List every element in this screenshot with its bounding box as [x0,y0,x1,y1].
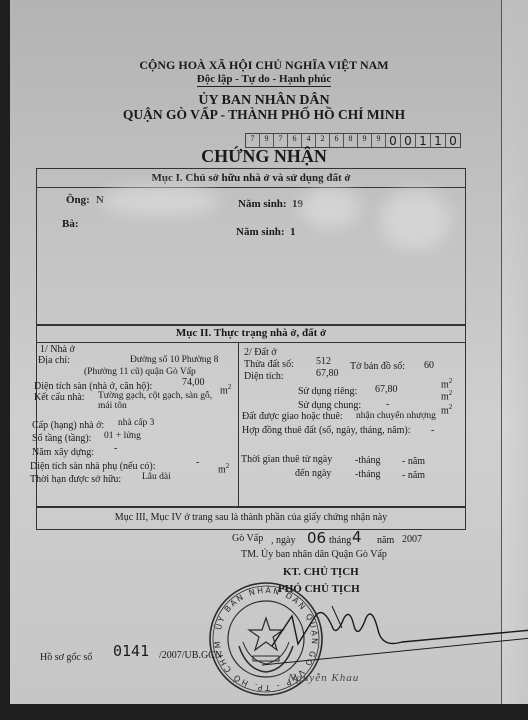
structure-line2: mái tôn [98,401,127,411]
parcel-label: Thửa đất số: [244,359,294,370]
floors-label: Số tầng (tầng): [32,433,91,444]
national-motto: Độc lập - Tự do - Hạnh phúc [0,73,528,85]
grade-label: Cấp (hạng) nhà ở: [32,420,104,431]
floor-area-value: 74,00 [182,377,205,388]
signer-name: Nguyễn Khau [288,672,359,684]
day-label: , ngày [271,535,295,546]
year-built-value: - [114,443,117,454]
ownership-term-value: Lâu dài [142,472,171,482]
lease-from-label: Thời gian thuê từ ngày [241,454,332,465]
owner-male-birth-label: Năm sinh: [238,198,287,210]
address-label: Địa chỉ: [38,355,70,366]
ownership-term-label: Thời hạn được sở hữu: [30,474,121,485]
redaction-blur [300,188,360,228]
parcel-value: 512 [316,356,331,367]
address-line2: (Phường 11 cũ) quận Gò Vấp [84,367,196,377]
section1-heading: Mục I. Chủ sở hữu nhà ở và sử dụng đất ở [36,172,466,184]
owner-female-birth-label: Năm sinh: [236,226,285,238]
redaction-blur [100,186,220,216]
aux-area-label: Diện tích sàn nhà phụ (nếu có): [30,461,156,472]
owner-female-label: Bà: [62,218,79,230]
file-ref-label: Hồ sơ gốc số [40,652,92,663]
map-sheet-value: 60 [424,360,434,371]
year-value: 2007 [402,534,422,545]
shared-use-value: - [386,399,389,410]
owner-female-birth-year: 1 [290,226,296,238]
file-ref-number: 0141 [113,642,149,660]
aux-area-value: - [196,457,199,468]
land-heading: 2/ Đất ở [244,347,277,358]
section3-note: Mục III, Mục IV ở trang sau là thành phầ… [36,512,466,523]
section2-heading: Mục II. Thực trạng nhà ở, đất ở [36,327,466,339]
map-sheet-label: Tờ bản đồ số: [350,361,405,372]
floor-area-unit: m2 [220,383,231,396]
structure-label: Kết cấu nhà: [34,392,85,403]
aux-area-unit: m2 [218,462,229,475]
role-chairman: KT. CHỦ TỊCH [283,566,359,578]
shared-use-label: Sử dụng chung: [298,400,361,411]
lease-from-year: - năm [402,456,425,467]
land-area-label: Diện tích: [244,371,284,382]
month-value: 4 [352,528,362,546]
lease-from-month: -tháng [355,455,381,466]
lease-to-label: đến ngày [295,468,331,479]
issue-place: Gò Vấp [232,533,263,544]
lease-contract-value: - [431,425,434,436]
certificate-title: CHỨNG NHẬN [0,146,528,167]
district-title: QUẬN GÒ VẤP - THÀNH PHỐ HỒ CHÍ MINH [0,107,528,123]
file-ref-suffix: /2007/UB.GCN [159,650,222,661]
allocation-value: nhận chuyển nhượng [356,411,436,421]
on-behalf-of: TM. Ủy ban nhân dân Quận Gò Vấp [241,549,387,560]
grade-value: nhà cấp 3 [118,418,154,428]
shared-use-unit: m2 [441,403,452,416]
structure-line1: Tường gạch, cột gạch, sàn gỗ, [98,391,212,401]
day-value: 06 [307,529,326,547]
address-line1: Đường số 10 Phường 8 [130,355,218,365]
month-label: tháng [329,535,351,546]
owner-male-label: Ông: [66,194,90,206]
allocation-label: Đất được giao hoặc thuê: [242,411,343,422]
year-built-label: Năm xây dựng: [32,447,94,458]
signature-icon [262,596,528,666]
floors-value: 01 + lửng [104,431,141,441]
lease-to-year: - năm [402,470,425,481]
country-title: CỘNG HOÀ XÃ HỘI CHỦ NGHĨA VIỆT NAM [0,58,528,73]
land-area-value: 67,80 [316,368,339,379]
private-use-unit: m2 [441,389,452,402]
year-label: năm [377,535,394,546]
redaction-blur [380,190,450,250]
lease-to-month: -tháng [355,469,381,480]
house-heading: 1/ Nhà ở [40,344,75,355]
lease-contract-label: Hợp đồng thuê đất (số, ngày, tháng, năm)… [242,425,411,436]
private-use-label: Sử dụng riêng: [298,386,357,397]
private-use-value: 67,80 [375,384,398,395]
